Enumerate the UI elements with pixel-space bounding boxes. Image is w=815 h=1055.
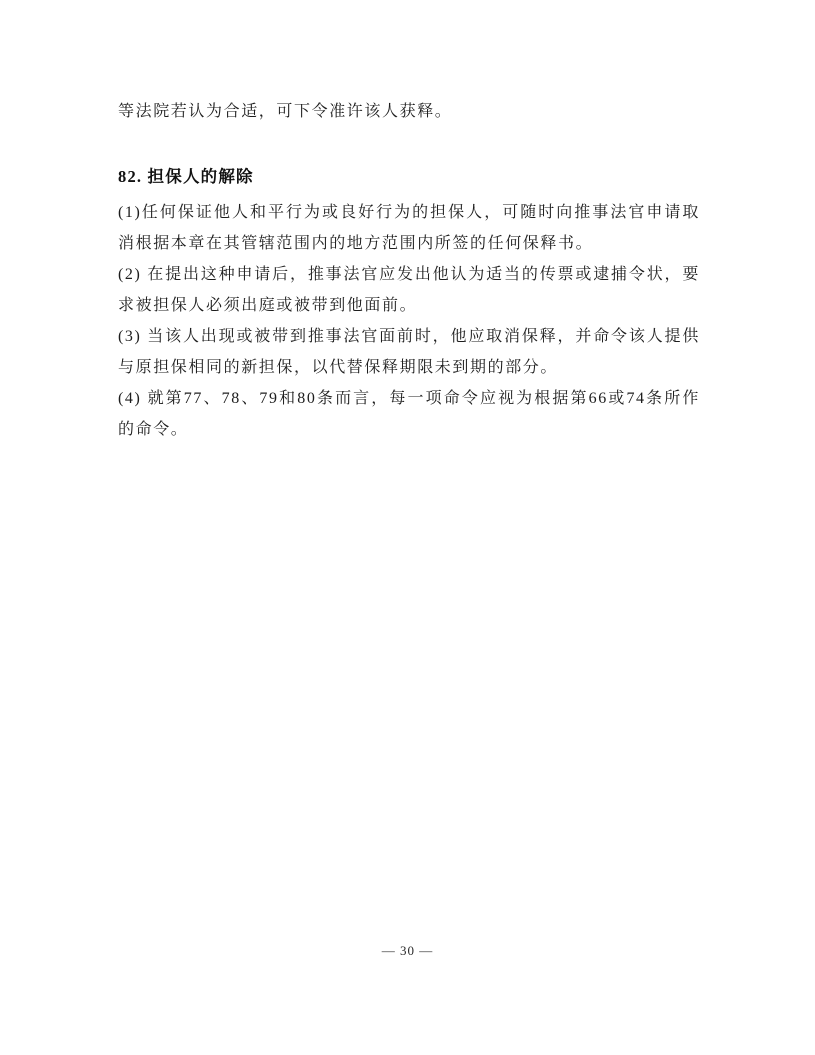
document-page: 等法院若认为合适，可下令准许该人获释。 82. 担保人的解除 (1)任何保证他人… [0,0,815,1055]
paragraph-3: (3) 当该人出现或被带到推事法官面前时，他应取消保释，并命令该人提供与原担保相… [118,321,700,383]
document-content: 等法院若认为合适，可下令准许该人获释。 82. 担保人的解除 (1)任何保证他人… [118,96,700,445]
page-number: — 30 — [0,943,815,959]
continuation-paragraph: 等法院若认为合适，可下令准许该人获释。 [118,96,700,127]
section-heading: 82. 担保人的解除 [118,161,700,192]
paragraph-1: (1)任何保证他人和平行为或良好行为的担保人，可随时向推事法官申请取消根据本章在… [118,197,700,259]
paragraph-4: (4) 就第77、78、79和80条而言，每一项命令应视为根据第66或74条所作… [118,383,700,445]
paragraph-2: (2) 在提出这种申请后，推事法官应发出他认为适当的传票或逮捕令状，要求被担保人… [118,259,700,321]
